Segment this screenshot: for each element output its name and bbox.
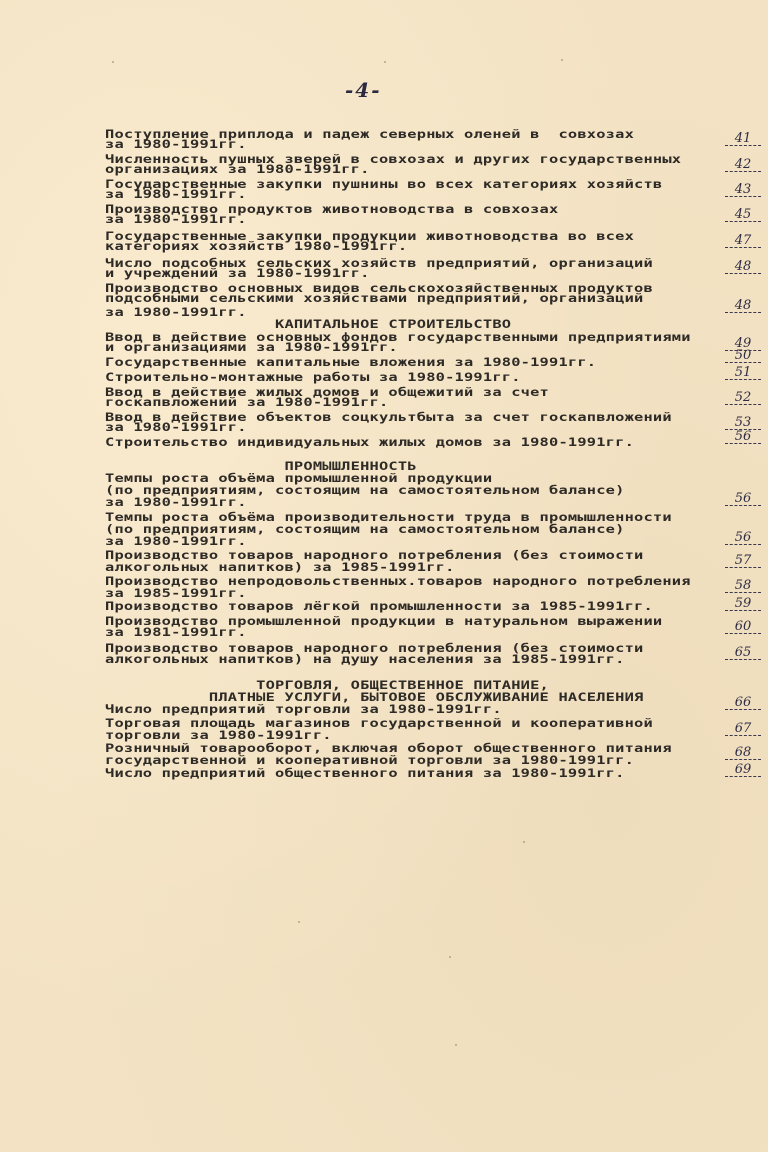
toc-entry-line: Производство непродовольственных.товаров…: [105, 576, 691, 587]
page-reference-number: 41: [735, 131, 752, 146]
page-reference: 51: [722, 366, 764, 380]
toc-entry-line: Производство товаров народного потреблен…: [105, 550, 643, 561]
page-reference: 42: [722, 158, 764, 172]
toc-entry-line: за 1980-1991гг.: [105, 497, 247, 508]
page-reference-number: 56: [735, 429, 752, 444]
page-reference: 69: [722, 763, 764, 777]
page-reference: 58: [722, 579, 764, 593]
page-reference: 43: [722, 183, 764, 197]
toc-entry-line: госкапвложений за 1980-1991гг.: [105, 397, 388, 408]
page-reference: 53: [722, 416, 764, 430]
page-reference: 57: [722, 554, 764, 568]
page-reference: 48: [722, 299, 764, 313]
toc-entry-line: (по предприятиям, состоящим на самостоят…: [105, 485, 625, 496]
page-reference-number: 68: [735, 745, 752, 760]
page-reference-number: 65: [735, 645, 752, 660]
page-reference: 56: [722, 531, 764, 545]
toc-entry-line: Темпы роста объёма производительности тр…: [105, 512, 672, 523]
page-reference: 56: [722, 492, 764, 506]
toc-entry-line: и организациями за 1980-1991гг.: [105, 342, 398, 353]
page-reference: 60: [722, 620, 764, 634]
page-reference-number: 67: [735, 721, 752, 736]
page-reference-number: 53: [735, 415, 752, 430]
page-reference: 68: [722, 746, 764, 760]
toc-entry-line: категориях хозяйств 1980-1991гг.: [105, 241, 407, 252]
page-reference: 65: [722, 646, 764, 660]
paper-speck: [561, 59, 563, 61]
toc-entry-line: за 1981-1991гг.: [105, 627, 247, 638]
paper-speck: [298, 921, 300, 923]
page-reference: 48: [722, 260, 764, 274]
page-reference-number: 51: [735, 365, 752, 380]
toc-entry-line: государственной и кооперативной торговли…: [105, 755, 634, 766]
page-reference-number: 48: [735, 298, 752, 313]
page-reference-number: 42: [735, 157, 752, 172]
toc-entry-line: Государственные капитальные вложения за …: [105, 357, 596, 368]
page-reference: 67: [722, 722, 764, 736]
page-reference-number: 56: [735, 530, 752, 545]
section-heading: ПРОМЫШЛЕННОСТЬ: [105, 461, 417, 472]
page-reference-number: 66: [735, 695, 752, 710]
page-reference: 52: [722, 391, 764, 405]
toc-entry-line: Розничный товарооборот, включая оборот о…: [105, 743, 672, 754]
paper-speck: [449, 956, 451, 958]
page-reference-number: 69: [735, 762, 752, 777]
toc-entry-line: за 1980-1991гг.: [105, 214, 247, 225]
toc-entry-line: Число предприятий торговли за 1980-1991г…: [105, 704, 502, 715]
toc-entry-line: Число предприятий общественного питания …: [105, 768, 625, 779]
section-heading: ТОРГОВЛЯ, ОБЩЕСТВЕННОЕ ПИТАНИЕ,: [105, 680, 549, 691]
page-reference-number: 60: [735, 619, 752, 634]
page-reference-number: 58: [735, 578, 752, 593]
toc-entry-line: торговли за 1980-1991гг.: [105, 730, 332, 741]
section-heading: КАПИТАЛЬНОЕ СТРОИТЕЛЬСТВО: [105, 319, 511, 330]
paper-speck: [384, 61, 386, 63]
page-reference-number: 48: [735, 259, 752, 274]
toc-entry-line: Строительство индивидуальных жилых домов…: [105, 437, 634, 448]
toc-entry-line: за 1980-1991гг.: [105, 422, 247, 433]
toc-entry-line: алкогольных напитков) за 1985-1991гг.: [105, 562, 455, 573]
toc-entry-line: (по предприятиям, состоящим на самостоят…: [105, 524, 625, 535]
paper-speck: [455, 1044, 457, 1046]
page-reference-number: 56: [735, 491, 752, 506]
page-reference-number: 52: [735, 390, 752, 405]
page-number: -4-: [345, 78, 382, 102]
document-page: -4- Поступление приплода и падеж северны…: [0, 0, 768, 1152]
page-reference: 66: [722, 696, 764, 710]
paper-speck: [112, 61, 114, 63]
toc-entry-line: подсобными сельскими хозяйствами предпри…: [105, 293, 643, 304]
toc-entry-line: за 1985-1991гг.: [105, 588, 247, 599]
section-heading: ПЛАТНЫЕ УСЛУГИ, БЫТОВОЕ ОБСЛУЖИВАНИЕ НАС…: [105, 692, 643, 703]
page-reference-number: 50: [735, 348, 752, 363]
page-reference-number: 47: [735, 233, 752, 248]
toc-entry-line: Производство товаров лёгкой промышленнос…: [105, 601, 653, 612]
toc-entry-line: алкогольных напитков) на душу населения …: [105, 654, 625, 665]
page-reference: 59: [722, 597, 764, 611]
page-reference-number: 59: [735, 596, 752, 611]
page-reference: 45: [722, 208, 764, 222]
toc-entry-line: за 1980-1991гг.: [105, 536, 247, 547]
toc-entry-line: Торговая площадь магазинов государственн…: [105, 718, 653, 729]
page-reference: 56: [722, 430, 764, 444]
page-reference-number: 57: [735, 553, 752, 568]
toc-entry-line: за 1980-1991гг.: [105, 189, 247, 200]
toc-entry-line: за 1980-1991гг.: [105, 139, 247, 150]
toc-entry-line: за 1980-1991гг.: [105, 307, 247, 318]
page-reference: 41: [722, 132, 764, 146]
page-reference: 47: [722, 234, 764, 248]
toc-entry-line: Строительно-монтажные работы за 1980-199…: [105, 372, 521, 383]
toc-entry-line: и учреждений за 1980-1991гг.: [105, 268, 370, 279]
paper-speck: [523, 841, 525, 843]
toc-entry-line: Темпы роста объёма промышленной продукци…: [105, 473, 492, 484]
toc-entry-line: организациях за 1980-1991гг.: [105, 164, 370, 175]
page-reference-number: 43: [735, 182, 752, 197]
page-reference: 50: [722, 349, 764, 363]
page-reference-number: 45: [735, 207, 752, 222]
